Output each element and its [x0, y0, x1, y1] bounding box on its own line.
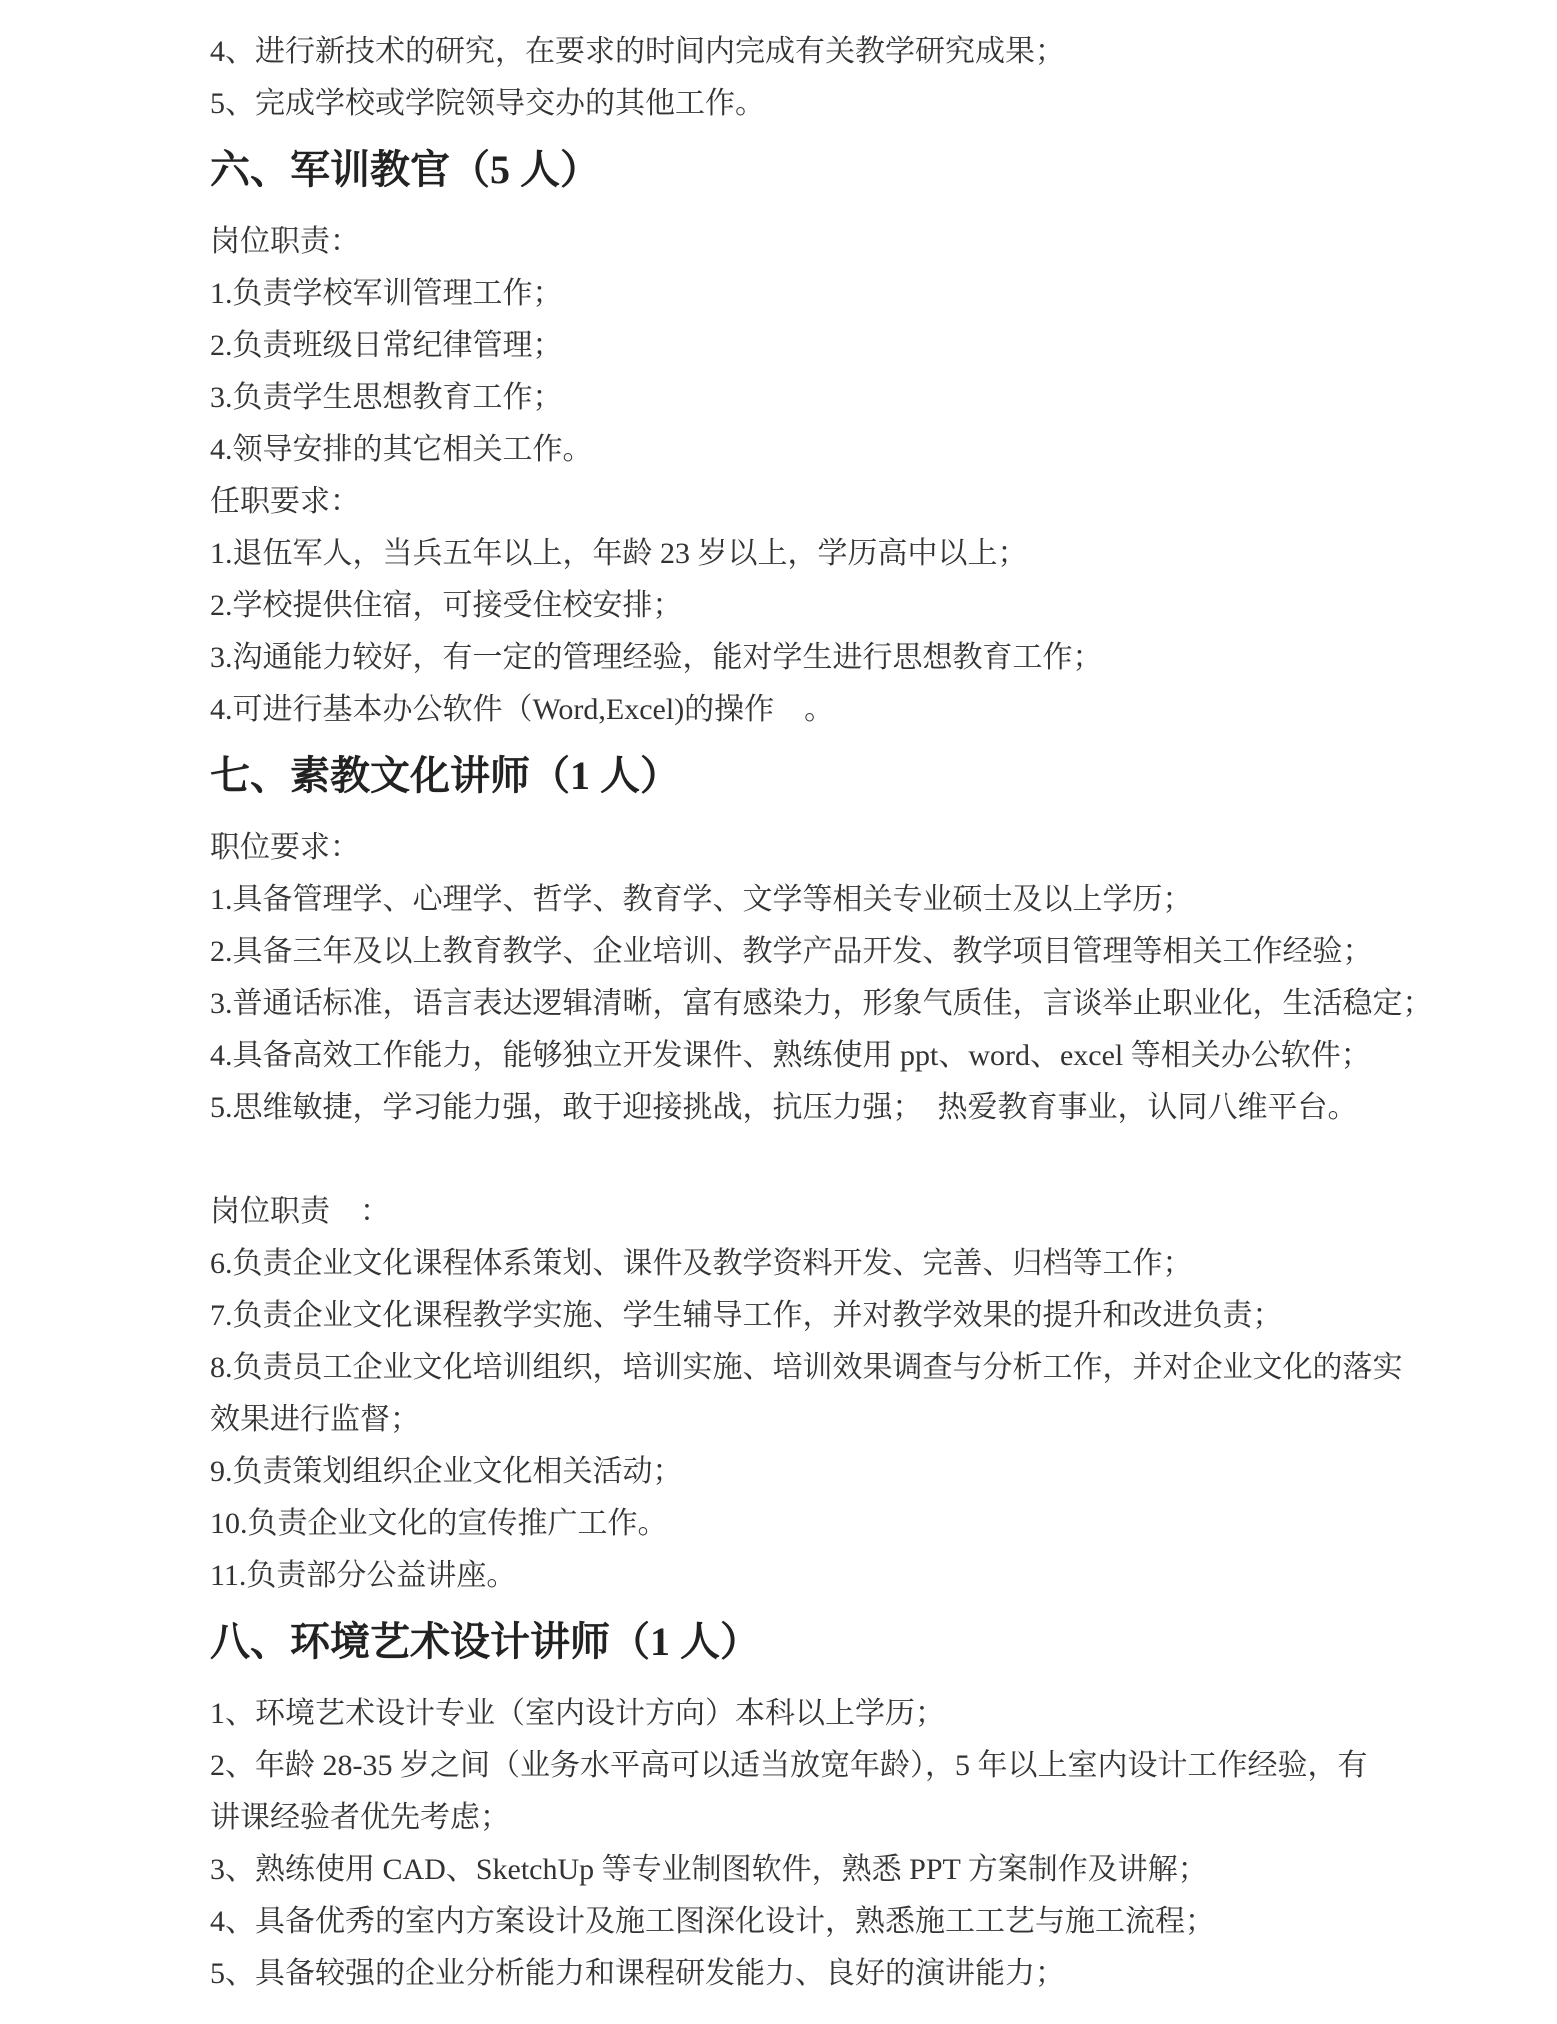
paragraph-line: 1.负责学校军训管理工作； [210, 268, 1407, 320]
paragraph-line: 5、完成学校或学院领导交办的其他工作。 [210, 78, 1407, 130]
paragraph-line: 职位要求： [210, 822, 1407, 874]
document-page: 4、进行新技术的研究，在要求的时间内完成有关教学研究成果；5、完成学校或学院领导… [0, 0, 1557, 2024]
paragraph-line: 2.负责班级日常纪律管理； [210, 320, 1407, 372]
paragraph-line: 岗位职责 ： [210, 1186, 1407, 1238]
paragraph-line: 2.学校提供住宿，可接受住校安排； [210, 580, 1407, 632]
paragraph-line: 4.领导安排的其它相关工作。 [210, 424, 1407, 476]
paragraph-line: 3.负责学生思想教育工作； [210, 372, 1407, 424]
blank-line [210, 1134, 1407, 1186]
paragraph-line: 1.具备管理学、心理学、哲学、教育学、文学等相关专业硕士及以上学历； [210, 874, 1407, 926]
paragraph-line: 4.可进行基本办公软件（Word,Excel)的操作 。 [210, 684, 1407, 736]
paragraph-line: 2.具备三年及以上教育教学、企业培训、教学产品开发、教学项目管理等相关工作经验； [210, 926, 1407, 978]
paragraph-line: 6.负责企业文化课程体系策划、课件及教学资料开发、完善、归档等工作； [210, 1238, 1407, 1290]
paragraph-line: 7.负责企业文化课程教学实施、学生辅导工作，并对教学效果的提升和改进负责； [210, 1290, 1407, 1342]
paragraph-line: 1.退伍军人，当兵五年以上，年龄 23 岁以上，学历高中以上； [210, 528, 1407, 580]
paragraph-line: 任职要求： [210, 476, 1407, 528]
paragraph-line: 4、具备优秀的室内方案设计及施工图深化设计，熟悉施工工艺与施工流程； [210, 1896, 1407, 1948]
paragraph-line: 效果进行监督； [210, 1394, 1407, 1446]
paragraph-line: 5、具备较强的企业分析能力和课程研发能力、良好的演讲能力； [210, 1948, 1407, 2000]
paragraph-line: 11.负责部分公益讲座。 [210, 1550, 1407, 1602]
paragraph-line: 9.负责策划组织企业文化相关活动； [210, 1446, 1407, 1498]
paragraph-line: 3、熟练使用 CAD、SketchUp 等专业制图软件，熟悉 PPT 方案制作及… [210, 1844, 1407, 1896]
paragraph-line: 8.负责员工企业文化培训组织，培训实施、培训效果调查与分析工作，并对企业文化的落… [210, 1342, 1407, 1394]
document-content: 4、进行新技术的研究，在要求的时间内完成有关教学研究成果；5、完成学校或学院领导… [210, 26, 1407, 2000]
paragraph-line: 3.沟通能力较好，有一定的管理经验，能对学生进行思想教育工作； [210, 632, 1407, 684]
paragraph-line: 3.普通话标准，语言表达逻辑清晰，富有感染力，形象气质佳，言谈举止职业化，生活稳… [210, 978, 1407, 1030]
paragraph-line: 岗位职责： [210, 216, 1407, 268]
paragraph-line: 10.负责企业文化的宣传推广工作。 [210, 1498, 1407, 1550]
paragraph-line: 4、进行新技术的研究，在要求的时间内完成有关教学研究成果； [210, 26, 1407, 78]
paragraph-line: 讲课经验者优先考虑； [210, 1792, 1407, 1844]
paragraph-line: 4.具备高效工作能力，能够独立开发课件、熟练使用 ppt、word、excel … [210, 1030, 1407, 1082]
section-heading: 六、军训教官（5 人） [210, 140, 1407, 200]
section-heading: 七、素教文化讲师（1 人） [210, 746, 1407, 806]
section-heading: 八、环境艺术设计讲师（1 人） [210, 1612, 1407, 1672]
paragraph-line: 1、环境艺术设计专业（室内设计方向）本科以上学历； [210, 1688, 1407, 1740]
paragraph-line: 2、年龄 28-35 岁之间（业务水平高可以适当放宽年龄），5 年以上室内设计工… [210, 1740, 1407, 1792]
paragraph-line: 5.思维敏捷，学习能力强，敢于迎接挑战，抗压力强； 热爱教育事业，认同八维平台。 [210, 1082, 1407, 1134]
